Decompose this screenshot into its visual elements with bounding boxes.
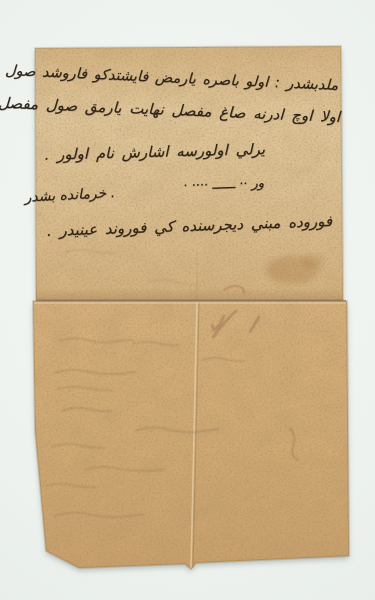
photo-backdrop: ملدبشدر : اولو باصره يارمض فايشتدكو فارو… [0,0,375,600]
